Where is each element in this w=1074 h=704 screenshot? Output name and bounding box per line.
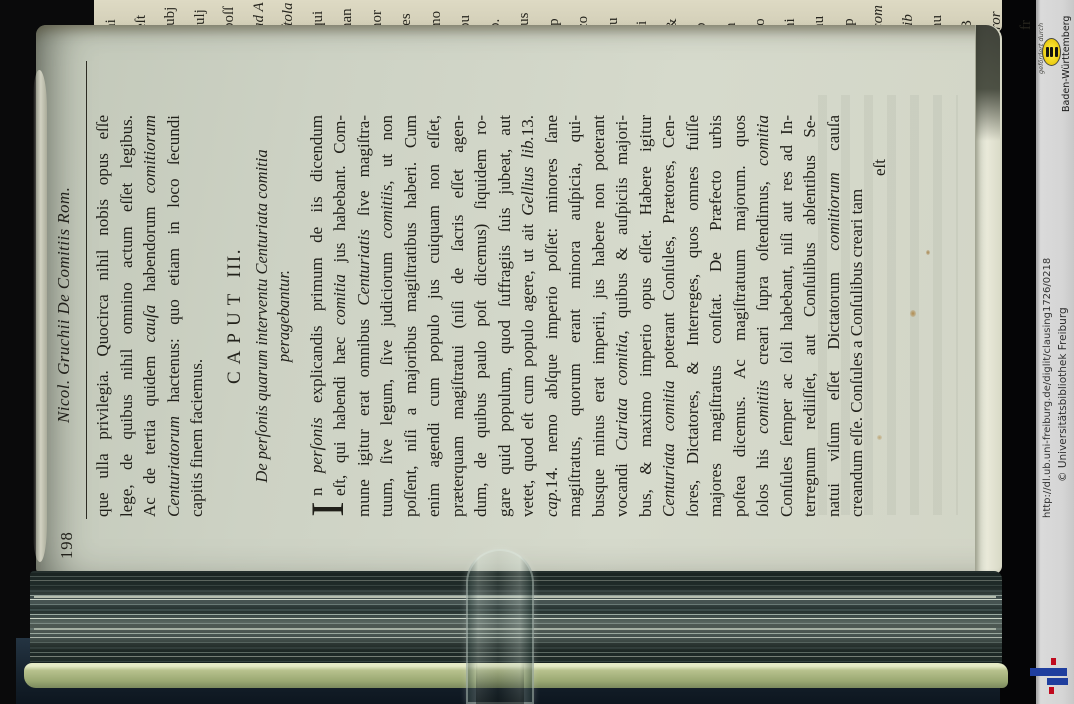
text-line: De perſonis quarum interventu Centuriata… [251, 115, 274, 517]
text-line: Centuriata comitia poterant Conſules, Pr… [657, 115, 681, 517]
text-line: bus, & maximo imperio opus eſſet. Habere… [634, 115, 658, 517]
book-scan-viewer: aieſtſubjfuljpoſſad Aſtolaquinannorlesmo… [0, 0, 1074, 704]
text-line: que ulla privilegia. Quocirca nihil nobi… [91, 115, 115, 517]
page-edge-soil [976, 25, 1000, 141]
body-lines: n perſonis explicandis primum de iis dic… [305, 115, 869, 517]
ub-freiburg-logo-red-square [1051, 658, 1056, 665]
page-number: 198 [57, 531, 77, 559]
text-line: ſores, Dictatores, & Interreges, quos om… [681, 115, 705, 517]
funder-label: Baden-Württemberg [1061, 16, 1072, 112]
ub-freiburg-logo-red-square [1049, 687, 1054, 694]
ub-freiburg-logo-blue-bar [1047, 678, 1068, 685]
drop-cap: I [306, 501, 351, 517]
text-line: Ac de tertia quidem cauſa habendorum com… [138, 115, 162, 517]
text-line: Conſules ſemper ac ſoli habebant, niſi a… [775, 115, 799, 517]
text-line: lege, de quibus nihil omnino actum eſſet… [115, 115, 139, 517]
text-line: præterquam magiſtratui (niſi de ſacris e… [446, 115, 470, 517]
text-line: eſt, qui habendi hæc comitia jus habeban… [328, 115, 352, 517]
plexiglass-page-clamp [466, 549, 534, 704]
copyright-notice: © Universitätsbibliothek Freiburg [1057, 307, 1069, 482]
text-line: n perſonis explicandis primum de iis dic… [305, 115, 329, 517]
chapter-heading: CAPUTIII. [224, 115, 246, 517]
text-line: busque minus erat imperii, jus habere no… [587, 115, 611, 517]
lion-figure-icon [1046, 47, 1049, 57]
text-line: mune igitur erat omnibus Centuriatis ſiv… [352, 115, 376, 517]
text-line: creandum eſſe. Conſules a Conſulibus cre… [845, 115, 869, 517]
page-gap-shadow [1000, 0, 1036, 704]
chapter-word: CAPUT [224, 287, 245, 384]
lion-figure-icon [1055, 47, 1058, 57]
document-url: http://dl.ub.uni-freiburg.de/diglit/clau… [1042, 258, 1053, 518]
ub-freiburg-logo-blue-bar [1030, 668, 1067, 676]
text-line: poſſent, niſi a majoribus magiſtratibus … [399, 115, 423, 517]
text-line: dum, de quibus paulo poſt dicemus) ſiqui… [469, 115, 493, 517]
continuation-paragraph: que ulla privilegia. Quocirca nihil nobi… [91, 115, 209, 517]
text-line: magiſtratus, quorum erant minora auſpici… [563, 115, 587, 517]
baden-wuerttemberg-logo [1042, 38, 1061, 66]
chapter-numeral: III. [224, 248, 245, 278]
text-line: terregnum rediiſſet, aut Conſulibus abſe… [798, 115, 822, 517]
chapter-subtitle: De perſonis quarum interventu Centuriata… [251, 115, 296, 517]
text-line: Centuriatorum hactenus: quo etiam in loc… [162, 115, 186, 517]
text-line: cap.14. nemo abſque imperio poſſet: mino… [540, 115, 564, 517]
text-line: vocandi Curiata comitia, quibus & auſpic… [610, 115, 634, 517]
text-line: gare quid populum, quod ſuffragiis ſuis … [493, 115, 517, 517]
body-paragraph: I n perſonis explicandis primum de iis d… [305, 115, 869, 517]
text-line: majores magiſtratus conſtat. De Præfecto… [704, 115, 728, 517]
text-line: ſolos his comitiis creari ſupra oſtendim… [751, 115, 775, 517]
text-line: natui viſum eſſet Dictatorum comitiorum … [822, 115, 846, 517]
lion-figure-icon [1050, 47, 1053, 57]
text-line: enim agendi cum populo jus cuiquam non e… [422, 115, 446, 517]
printed-page-content: 198 Nicol. Gruchii De Comitiis Rom. que … [42, 25, 978, 571]
text-line: vetet, quod eſt cum populo agere, ut ait… [516, 115, 540, 517]
header-rule [86, 61, 87, 519]
text-line: poſtea dicemus. Ac magiſtratuum majorum.… [728, 115, 752, 517]
catchword: eſt [869, 115, 891, 517]
text-line: tuum, ſive legum, ſive judiciorum comiti… [375, 115, 399, 517]
text-line: peragebantur. [273, 115, 296, 517]
page-header: 198 Nicol. Gruchii De Comitiis Rom. [42, 25, 86, 571]
running-head: Nicol. Gruchii De Comitiis Rom. [54, 187, 74, 423]
text-line: capitis finem faciemus. [185, 115, 209, 517]
